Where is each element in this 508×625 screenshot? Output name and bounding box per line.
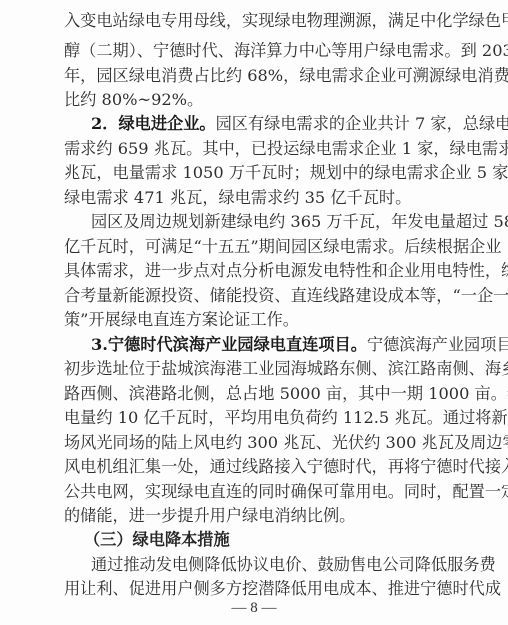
paragraph-1-line-2: 醇（二期）、宁德时代、海洋算力中心等用户绿电需求。到 2030: [64, 38, 446, 63]
section-3-line-3: 路西侧、滨港路北侧，总占地 5000 亩，其中一期 1000 亩。年用: [64, 381, 446, 406]
paragraph-3-line-5: 策”开展绿电直连方案论证工作。: [64, 307, 446, 332]
paragraph-4-line-2: 用让利、促进用户侧多方挖潜降低用电成本、推进宁德时代成: [64, 576, 446, 601]
paragraph-3-line-2: 亿千瓦时，可满足“十五五”期间园区绿电需求。后续根据企业: [64, 234, 446, 259]
section-3-line-6: 风电机组汇集一处，通过线路接入宁德时代，再将宁德时代接入: [64, 454, 446, 479]
section-2-first-line: 2．绿电进企业。园区有绿电需求的企业共计 7 家，总绿电: [91, 111, 446, 136]
section-3-line-7: 公共电网，实现绿电直连的同时确保可靠用电。同时，配置一定: [64, 479, 446, 504]
paragraph-1-line-3: 年，园区绿电消费占比约 68%，绿电需求企业可溯源绿电消费占: [64, 63, 446, 88]
section-3-title: 3.宁德时代滨海产业园绿电直连项目。: [91, 335, 367, 354]
section-2-line-1: 园区有绿电需求的企业共计 7 家，总绿电: [216, 114, 508, 133]
section-2-line-3: 兆瓦，电量需求 1050 万千瓦时；规划中的绿电需求企业 5 家，: [64, 160, 446, 185]
section-2-line-2: 需求约 659 兆瓦。其中，已投运绿电需求企业 1 家，绿电需求 8: [64, 136, 446, 161]
section-3-line-5: 场风光同场的陆上风电约 300 兆瓦、光伏约 300 兆瓦及周边零散: [64, 430, 446, 455]
section-3-line-4: 电量约 10 亿千瓦时，平均用电负荷约 112.5 兆瓦。通过将新滩盐: [64, 405, 446, 430]
section-3-line-2: 初步选址位于盐城滨海港工业园海城路东侧、滨江路南侧、海乡: [64, 356, 446, 381]
page-number: — 8 —: [0, 600, 508, 617]
paragraph-1-line-1: 入变电站绿电专用母线，实现绿电物理溯源，满足中化学绿色甲: [64, 8, 446, 33]
paragraph-3-line-4: 合考量新能源投资、储能投资、直连线路建设成本等，“一企一: [64, 283, 446, 308]
section-3-line-1: 宁德滨海产业园项目: [367, 335, 508, 354]
subsection-3-heading: （三）绿电降本措施: [84, 527, 439, 552]
document-page: 入变电站绿电专用母线，实现绿电物理溯源，满足中化学绿色甲 醇（二期）、宁德时代、…: [0, 0, 508, 625]
paragraph-3-line-1: 园区及周边规划新建绿电约 365 万千瓦，年发电量超过 58: [91, 209, 446, 234]
paragraph-4-line-1: 通过推动发电侧降低协议电价、鼓励售电公司降低服务费: [91, 552, 446, 577]
section-2-line-4: 绿电需求 471 兆瓦，绿电需求约 35 亿千瓦时。: [64, 185, 446, 210]
section-3-first-line: 3.宁德时代滨海产业园绿电直连项目。宁德滨海产业园项目: [91, 332, 446, 357]
paragraph-1-line-4: 比约 80%~92%。: [64, 87, 446, 112]
section-2-title: 2．绿电进企业。: [91, 114, 216, 133]
paragraph-3-line-3: 具体需求，进一步点对点分析电源发电特性和企业用电特性，综: [64, 258, 446, 283]
section-3-line-8: 的储能，进一步提升用户绿电消纳比例。: [64, 503, 446, 528]
